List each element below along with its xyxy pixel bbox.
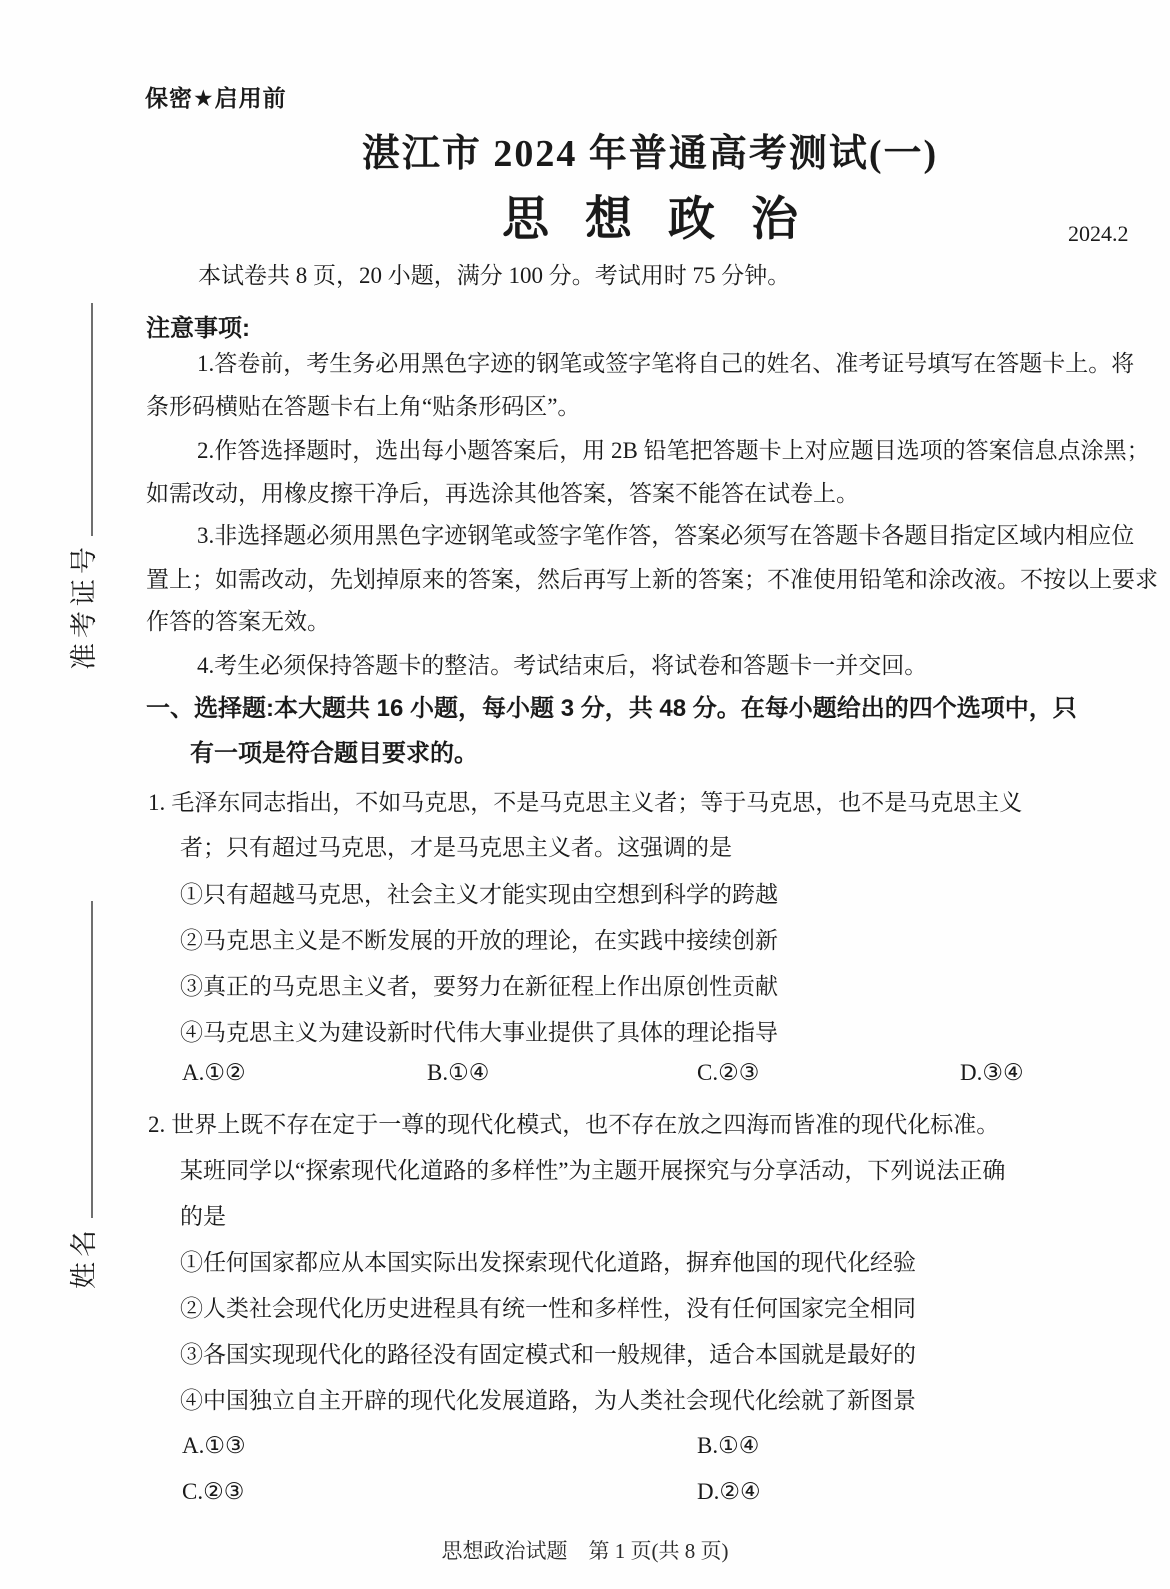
exam-date: 2024.2: [1068, 221, 1129, 247]
exam-title: 湛江市 2024 年普通高考测试(一): [362, 133, 938, 175]
notice-line: 置上；如需改动，先划掉原来的答案，然后再写上新的答案；不准使用铅笔和涂改液。不按…: [146, 565, 1158, 595]
question-1-option-a: A.①②: [182, 1060, 246, 1086]
question-1-number: 1.: [148, 790, 165, 815]
question-2-stem-line: 的是: [180, 1202, 226, 1232]
section-heading-line-2: 有一项是符合题目要求的。: [190, 739, 478, 769]
seal-line-bottom: [91, 901, 93, 1218]
notice-line: 3.非选择题必须用黑色字迹钢笔或签字笔作答，答案必须写在答题卡各题目指定区域内相…: [197, 521, 1134, 551]
question-2-number: 2.: [148, 1112, 165, 1137]
question-1-stem-text: 毛泽东同志指出，不如马克思，不是马克思主义者；等于马克思，也不是马克思主义: [171, 790, 1022, 815]
page-footer: 思想政治试题 第 1 页(共 8 页): [0, 1535, 1170, 1565]
section-heading-line-1: 一、选择题:本大题共 16 小题，每小题 3 分，共 48 分。在每小题给出的四…: [146, 694, 1077, 724]
question-1-statement-4: ④马克思主义为建设新时代伟大事业提供了具体的理论指导: [180, 1018, 778, 1048]
question-2-statement-4: ④中国独立自主开辟的现代化发展道路，为人类社会现代化绘就了新图景: [180, 1386, 916, 1416]
question-2-stem-line: 某班同学以“探索现代化道路的多样性”为主题开展探究与分享活动，下列说法正确: [180, 1156, 1005, 1186]
question-1-stem-line: 者；只有超过马克思，才是马克思主义者。这强调的是: [180, 833, 732, 863]
question-2-stem-line: 2.世界上既不存在定于一尊的现代化模式，也不存在放之四海而皆准的现代化标准。: [148, 1110, 999, 1140]
question-2-statement-2: ②人类社会现代化历史进程具有统一性和多样性，没有任何国家完全相同: [180, 1294, 916, 1324]
question-2-option-b: B.①④: [697, 1433, 759, 1459]
question-1-option-b: B.①④: [427, 1060, 489, 1086]
notice-line: 条形码横贴在答题卡右上角“贴条形码区”。: [146, 392, 580, 422]
question-1-option-d: D.③④: [960, 1060, 1024, 1086]
subject-title-row: 思想政治: [150, 182, 1150, 249]
question-2-statement-3: ③各国实现现代化的路径没有固定模式和一般规律，适合本国就是最好的: [180, 1340, 916, 1370]
subject-title: 思想政治: [502, 182, 834, 249]
question-1-stem-line: 1.毛泽东同志指出，不如马克思，不是马克思主义者；等于马克思，也不是马克思主义: [148, 788, 1022, 818]
question-1-option-c: C.②③: [697, 1060, 759, 1086]
exam-page: 准考证号 姓名 保密★启用前 湛江市 2024 年普通高考测试(一) 思想政治 …: [0, 0, 1170, 1589]
question-1-statement-3: ③真正的马克思主义者，要努力在新征程上作出原创性贡献: [180, 972, 778, 1002]
notice-line: 2.作答选择题时，选出每小题答案后，用 2B 铅笔把答题卡上对应题目选项的答案信…: [197, 436, 1150, 466]
name-label: 姓名: [67, 1177, 101, 1337]
question-2-option-c: C.②③: [182, 1479, 244, 1505]
question-1-statement-2: ②马克思主义是不断发展的开放的理论，在实践中接续创新: [180, 926, 778, 956]
paper-info: 本试卷共 8 页，20 小题，满分 100 分。考试用时 75 分钟。: [198, 261, 790, 291]
secrecy-notice: 保密★启用前: [145, 80, 287, 113]
notice-line: 1.答卷前，考生务必用黑色字迹的钢笔或签字笔将自己的姓名、准考证号填写在答题卡上…: [197, 349, 1134, 379]
seal-line-top: [91, 303, 93, 536]
notice-line: 作答的答案无效。: [146, 607, 330, 637]
exam-title-row: 湛江市 2024 年普通高考测试(一): [150, 122, 1150, 177]
notice-line: 如需改动，用橡皮擦干净后，再选涂其他答案，答案不能答在试卷上。: [146, 479, 859, 509]
question-2-option-a: A.①③: [182, 1433, 246, 1459]
question-2-stem-text: 世界上既不存在定于一尊的现代化模式，也不存在放之四海而皆准的现代化标准。: [171, 1112, 999, 1137]
admission-ticket-number-label: 准考证号: [67, 526, 101, 686]
notice-line: 4.考生必须保持答题卡的整洁。考试结束后，将试卷和答题卡一并交回。: [197, 651, 927, 681]
question-2-option-d: D.②④: [697, 1479, 761, 1505]
question-2-statement-1: ①任何国家都应从本国实际出发探索现代化道路，摒弃他国的现代化经验: [180, 1248, 916, 1278]
notice-title: 注意事项:: [146, 308, 250, 343]
question-1-statement-1: ①只有超越马克思，社会主义才能实现由空想到科学的跨越: [180, 880, 778, 910]
